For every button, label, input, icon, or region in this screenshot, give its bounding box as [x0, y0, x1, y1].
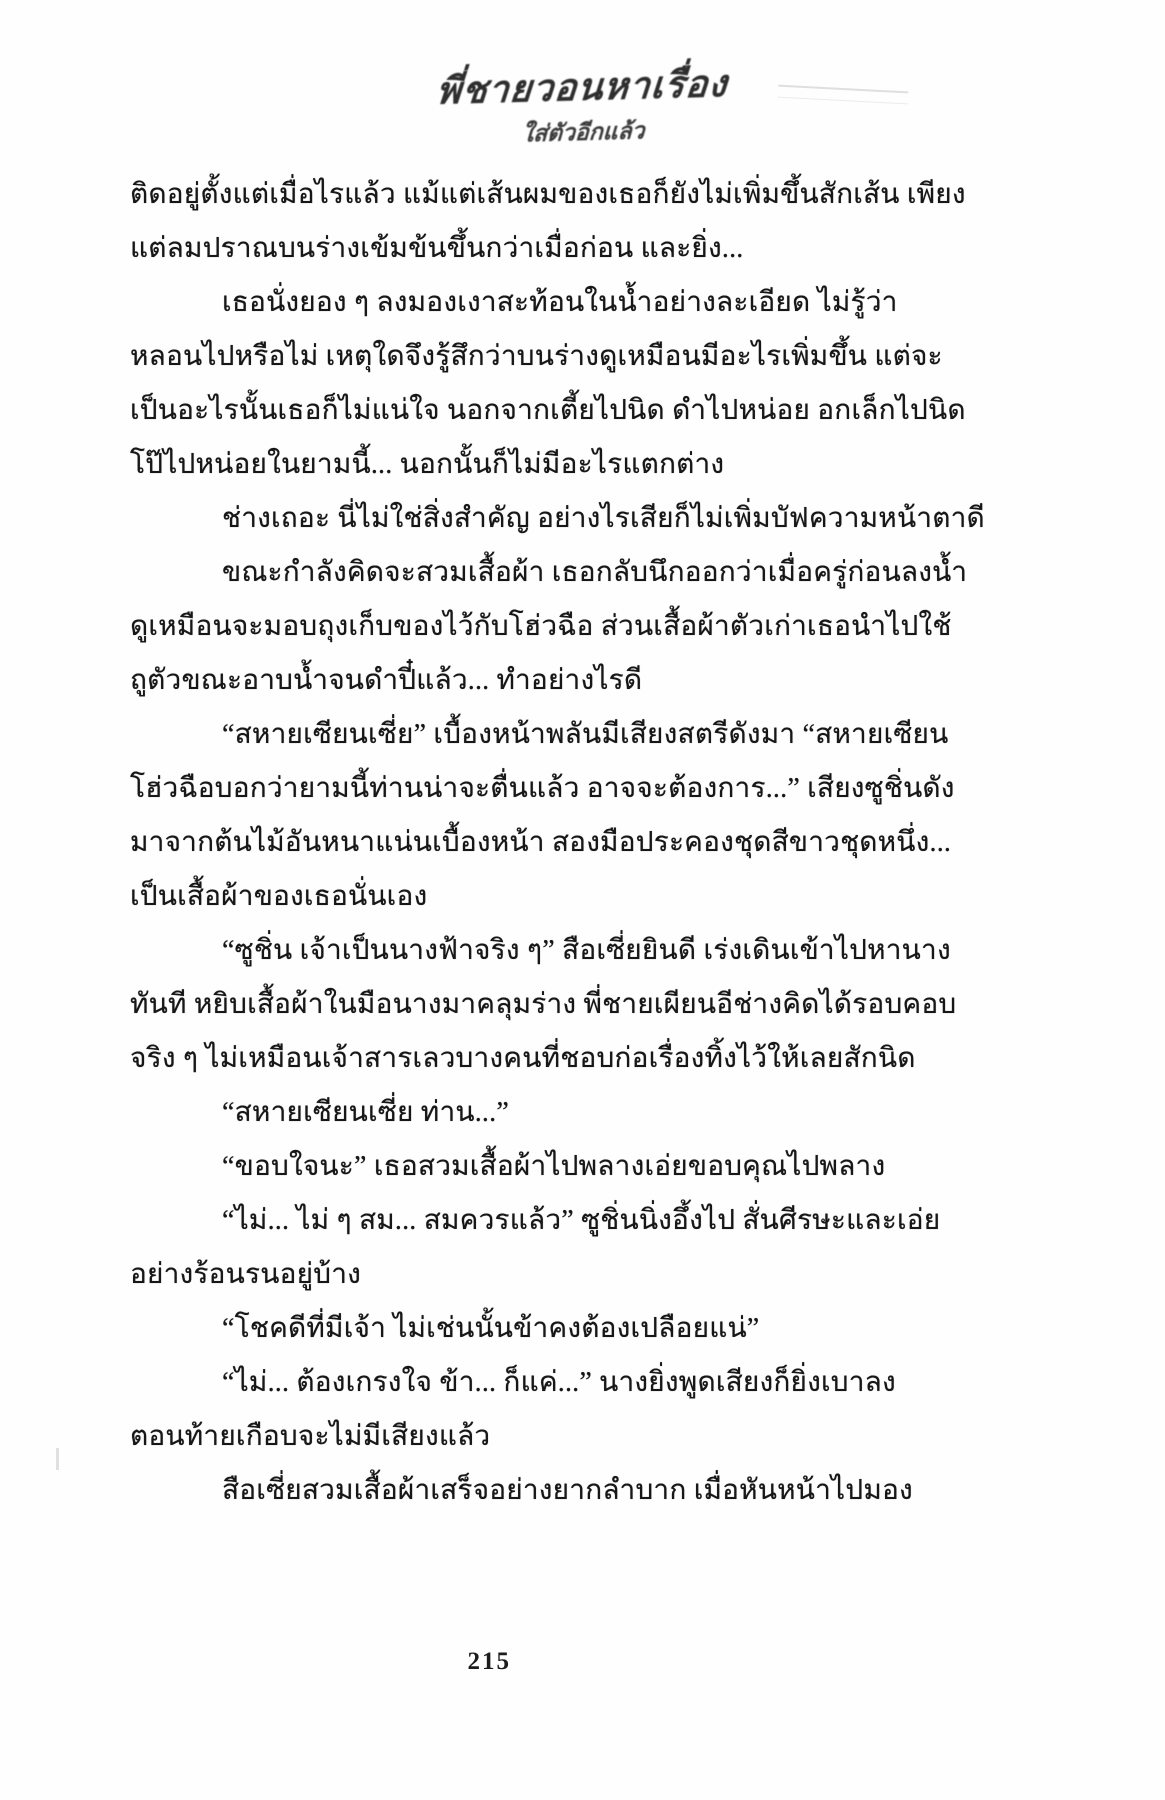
text-line: อย่างร้อนรนอยู่บ้าง — [130, 1248, 1042, 1302]
text-line: โฮ่วฉือบอกว่ายามนี้ท่านน่าจะตื่นแล้ว อาจ… — [130, 762, 1042, 816]
text-line: ดูเหมือนจะมอบถุงเก็บของไว้กับโฮ่วฉือ ส่ว… — [130, 600, 1042, 654]
text-line: “ไม่... ต้องเกรงใจ ข้า... ก็แค่...” นางย… — [130, 1356, 1042, 1410]
text-line: ถูตัวขณะอาบน้ำจนดำปี๋แล้ว... ทำอย่างไรดี — [130, 654, 1042, 708]
text-line: “สหายเซียนเซี่ย ท่าน...” — [130, 1086, 1042, 1140]
text-line: มาจากต้นไม้อันหนาแน่นเบื้องหน้า สองมือปร… — [130, 816, 1042, 870]
text-line: ทันที หยิบเสื้อผ้าในมือนางมาคลุมร่าง พี่… — [130, 978, 1042, 1032]
text-line: โป๊ไปหน่อยในยามนี้... นอกนั้นก็ไม่มีอะไร… — [130, 438, 1042, 492]
text-line: เป็นเสื้อผ้าของเธอนั่นเอง — [130, 870, 1042, 924]
text-line: “โชคดีที่มีเจ้า ไม่เช่นนั้นข้าคงต้องเปลื… — [130, 1302, 1042, 1356]
scanned-book-page: พี่ชายวอนหาเรื่อง ใส่ตัวอีกแล้ว ติดอยู่ต… — [0, 0, 1165, 1800]
text-line: “ไม่... ไม่ ๆ สม... สมควรแล้ว” ซูชิ่นนิ่… — [130, 1194, 1042, 1248]
text-line: “ขอบใจนะ” เธอสวมเสื้อผ้าไปพลางเอ่ยขอบคุณ… — [130, 1140, 1042, 1194]
page-number: 215 — [0, 1648, 979, 1676]
text-line: หลอนไปหรือไม่ เหตุใดจึงรู้สึกว่าบนร่างดู… — [130, 330, 1042, 384]
scan-smudge-left-edge — [56, 1448, 59, 1470]
text-line: เป็นอะไรนั้นเธอก็ไม่แน่ใจ นอกจากเตี้ยไปน… — [130, 384, 1042, 438]
text-line: ติดอยู่ตั้งแต่เมื่อไรแล้ว แม้แต่เส้นผมขอ… — [130, 168, 1042, 222]
text-line: แต่ลมปราณบนร่างเข้มข้นขึ้นกว่าเมื่อก่อน … — [130, 222, 1042, 276]
page-body: ติดอยู่ตั้งแต่เมื่อไรแล้ว แม้แต่เส้นผมขอ… — [130, 168, 1042, 1518]
text-line: จริง ๆ ไม่เหมือนเจ้าสารเลวบางคนที่ชอบก่อ… — [130, 1032, 1042, 1086]
text-line: เธอนั่งยอง ๆ ลงมองเงาสะท้อนในน้ำอย่างละเ… — [130, 276, 1042, 330]
book-title-logo: พี่ชายวอนหาเรื่อง ใส่ตัวอีกแล้ว — [0, 43, 1165, 166]
text-line: “สหายเซียนเซี่ย” เบื้องหน้าพลันมีเสียงสต… — [130, 708, 1042, 762]
text-line: ช่างเถอะ นี่ไม่ใช่สิ่งสำคัญ อย่างไรเสียก… — [130, 492, 1042, 546]
text-line: ตอนท้ายเกือบจะไม่มีเสียงแล้ว — [130, 1410, 1042, 1464]
text-line: ขณะกำลังคิดจะสวมเสื้อผ้า เธอกลับนึกออกว่… — [130, 546, 1042, 600]
text-line: สือเซี่ยสวมเสื้อผ้าเสร็จอย่างยากลำบาก เม… — [130, 1464, 1042, 1518]
text-line: “ซูชิ่น เจ้าเป็นนางฟ้าจริง ๆ” สือเซี่ยยิ… — [130, 924, 1042, 978]
